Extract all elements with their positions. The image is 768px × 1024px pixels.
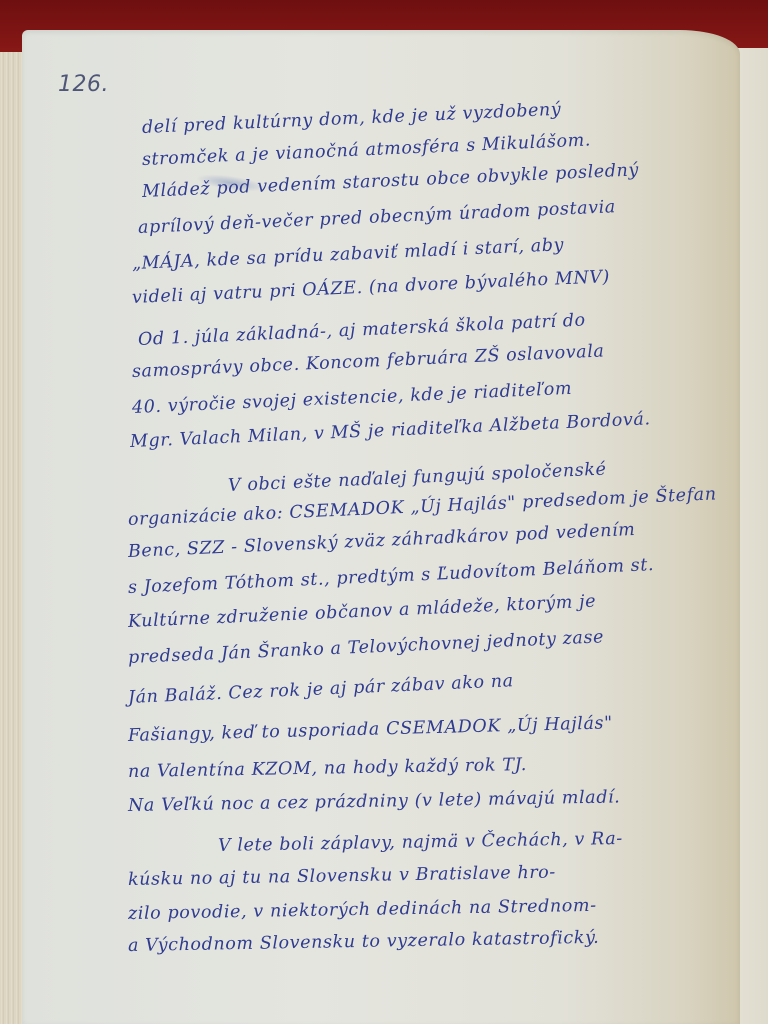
text-line: Mgr. Valach Milan, v MŠ je riaditeľka Al… [130,409,651,452]
text-line: delí pred kultúrny dom, kde je už vyzdob… [142,100,562,138]
text-line: predseda Ján Šranko a Telovýchovnej jedn… [128,627,605,668]
text-line: samosprávy obce. Koncom februára ZŠ osla… [132,341,605,382]
text-line: na Valentína KZOM, na hody každý rok TJ. [128,755,527,782]
text-line: videli aj vatru pri OÁZE. (na dvore býva… [132,267,611,308]
text-line: „MÁJA, kde sa prídu zabaviť mladí i star… [132,235,565,274]
text-line: V obci ešte naďalej fungujú spoločenské [228,459,607,496]
text-line: a Východnom Slovensku to vyzeralo katast… [128,928,600,956]
text-line: Ján Baláž. Cez rok je aj pár zábav ako n… [128,671,515,708]
text-line: 40. výročie svojej existencie, kde je ri… [132,379,573,418]
text-line: Fašiangy, keď to usporiada CSEMADOK „Új … [128,713,613,746]
text-line: Kultúrne združenie občanov a mládeže, kt… [128,592,597,632]
text-line: Na Veľkú noc a cez prázdniny (v lete) má… [128,787,621,816]
text-line: stromček a je vianočná atmosféra s Mikul… [142,130,592,170]
text-line: Od 1. júla základná-, aj materská škola … [138,310,587,350]
text-line: kúsku no aj tu na Slovensku v Bratislave… [128,863,556,890]
text-line: zilo povodie, v niektorých dedinách na S… [128,896,597,924]
handwritten-text: delí pred kultúrny dom, kde je už vyzdob… [0,0,768,1024]
text-line: aprílový deň-večer pred obecným úradom p… [138,197,617,238]
text-line: V lete boli záplavy, najmä v Čechách, v … [218,829,623,856]
